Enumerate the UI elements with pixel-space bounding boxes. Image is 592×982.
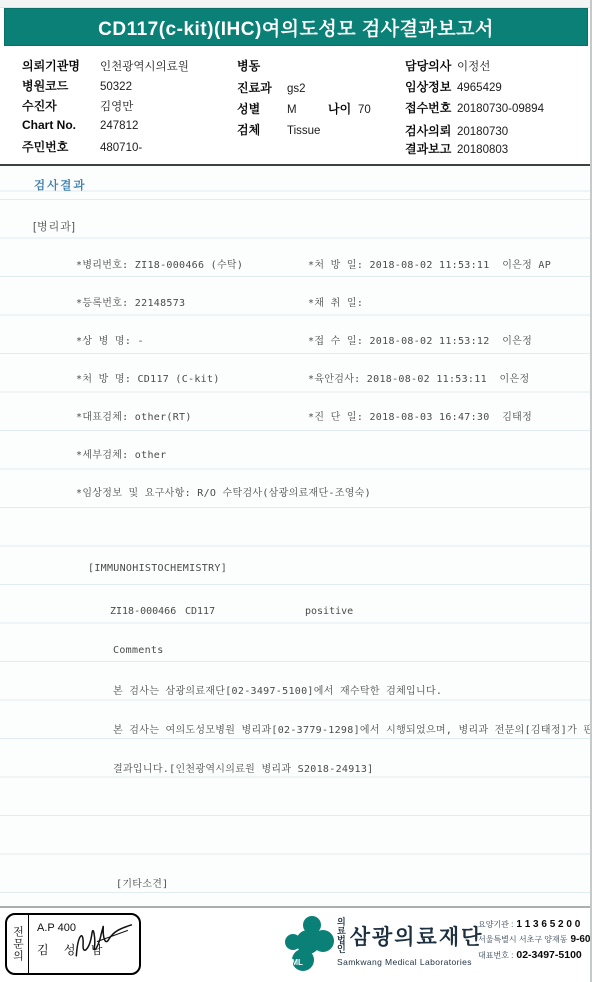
field-row: *임상정보 및 요구사항: R/O 수탁검사(삼광의료재단-조영숙)	[76, 484, 371, 499]
comment-line: 본 검사는 여의도성모병원 병리과[02-3779-1298]에서 시행되었으며…	[113, 721, 592, 736]
ihc-test-name: CD117	[185, 606, 215, 617]
info-row: 결과보고 20180803	[405, 140, 508, 157]
info-row: 주민번호 480710-	[22, 138, 142, 155]
pathologist-sign-box: 전문의 A.P 400 김 성 남	[5, 913, 141, 975]
comment-line: 본 검사는 삼광의료재단[02-3497-5100]에서 재수탁한 검체입니다.	[113, 682, 442, 697]
info-value: Tissue	[287, 125, 320, 137]
info-value: 70	[358, 104, 371, 116]
signature-scribble	[67, 916, 139, 969]
info-label: 병동	[237, 57, 287, 74]
info-row: Chart No. 247812	[22, 118, 138, 132]
info-value: gs2	[287, 83, 306, 95]
field-row: *세부검체: other	[76, 446, 166, 461]
sign-box-side-label: 전문의	[10, 926, 26, 962]
info-value: 20180730-09894	[457, 103, 544, 115]
info-label: 나이	[328, 100, 358, 117]
info-row: 검체 Tissue	[237, 121, 320, 138]
phone-label: 대표번호 :	[478, 950, 513, 961]
info-label: 주민번호	[22, 138, 100, 155]
info-value: 480710-	[100, 142, 142, 154]
info-row: 병원코드 50322	[22, 77, 132, 94]
info-value: 247812	[100, 120, 138, 132]
comment-line: 결과입니다.[인천광역시의료원 병리과 S2018-24913]	[113, 760, 374, 775]
sml-logo-icon: SML	[283, 915, 335, 975]
comments-title: Comments	[113, 645, 164, 656]
info-label: 임상정보	[405, 78, 457, 95]
info-value: 김영만	[100, 98, 133, 114]
lab-name-english: Samkwang Medical Laboratories	[337, 957, 482, 967]
field-row: *육안검사: 2018-08-02 11:53:11 이은정	[308, 370, 529, 385]
info-row: 담당의사 이정선	[405, 57, 490, 74]
info-row: 성별 M 나이 70	[237, 100, 371, 117]
info-row: 병동	[237, 57, 287, 74]
info-label: 결과보고	[405, 140, 457, 157]
field-row: *대표검체: other(RT)	[76, 408, 192, 423]
ihc-section-header: [IMMUNOHISTOCHEMISTRY]	[88, 563, 227, 574]
sign-box-side: 전문의	[7, 915, 29, 973]
field-row: *병리번호: ZI18-000466 (수탁)	[76, 256, 243, 271]
footer-divider	[0, 906, 592, 908]
section-title: 검사결과	[34, 177, 86, 193]
info-value: 이정선	[457, 58, 490, 74]
address-label: 서울특별시 서초구 양재동	[478, 934, 567, 945]
info-label: 수진자	[22, 97, 100, 114]
info-label: Chart No.	[22, 118, 100, 132]
org-type-line1: 의료	[337, 918, 346, 936]
info-label: 병원코드	[22, 77, 100, 94]
info-value: 인천광역시의료원	[100, 58, 189, 74]
info-label: 검사의뢰	[405, 122, 457, 139]
sign-box-main: A.P 400 김 성 남	[29, 915, 139, 973]
sml-logo-text: SML	[286, 958, 303, 967]
info-label: 진료과	[237, 79, 287, 96]
info-row: 수진자 김영만	[22, 97, 133, 114]
org-type-label: 의료 법인	[337, 918, 346, 954]
info-value: 20180730	[457, 126, 508, 138]
info-row: 의뢰기관명 인천광역시의료원	[22, 57, 189, 74]
info-label: 접수번호	[405, 99, 457, 116]
lab-contact-info: 요양기관 : 1 1 3 6 5 2 0 0 서울특별시 서초구 양재동 9-6…	[478, 919, 590, 961]
lab-name: 삼광의료재단	[350, 921, 484, 951]
results-area: 검사결과 [병리과] *병리번호: ZI18-000466 (수탁) *등록번호…	[0, 166, 592, 906]
info-value: 50322	[100, 81, 132, 93]
phone-row: 대표번호 : 02-3497-5100	[478, 949, 590, 961]
info-row: 임상정보 4965429	[405, 78, 502, 95]
care-org-label: 요양기관 :	[478, 919, 513, 930]
report-title-bar: CD117(c-kit)(IHC)여의도성모 검사결과보고서	[4, 8, 588, 46]
address-number: 9-60	[570, 934, 590, 945]
page-top-edge	[0, 0, 592, 8]
ihc-specimen-no: ZI18-000466	[110, 606, 176, 617]
field-row: *진 단 일: 2018-08-03 16:47:30 김태정	[308, 408, 532, 423]
info-value: M	[287, 104, 328, 116]
org-type-line2: 법인	[337, 936, 346, 954]
phone-number: 02-3497-5100	[516, 949, 581, 961]
lab-logo-text-block: 의료 법인 삼광의료재단 Samkwang Medical Laboratori…	[337, 918, 482, 967]
department-header: [병리과]	[33, 218, 76, 234]
info-row: 진료과 gs2	[237, 79, 306, 96]
field-row: *처 방 명: CD117 (C-kit)	[76, 370, 220, 385]
info-label: 의뢰기관명	[22, 57, 100, 74]
info-label: 검체	[237, 121, 287, 138]
info-label: 담당의사	[405, 57, 457, 74]
field-row: *채 취 일:	[308, 294, 363, 309]
report-page: CD117(c-kit)(IHC)여의도성모 검사결과보고서 의뢰기관명 인천광…	[0, 0, 592, 982]
info-row: 접수번호 20180730-09894	[405, 99, 544, 116]
field-row: *등록번호: 22148573	[76, 294, 185, 309]
care-org-number: 1 1 3 6 5 2 0 0	[516, 919, 580, 930]
ihc-result: positive	[305, 606, 353, 617]
field-row: *접 수 일: 2018-08-02 11:53:12 이은정	[308, 332, 532, 347]
care-org-number-row: 요양기관 : 1 1 3 6 5 2 0 0	[478, 919, 590, 930]
info-row: 검사의뢰 20180730	[405, 122, 508, 139]
other-findings-header: [기타소견]	[116, 875, 168, 890]
report-title: CD117(c-kit)(IHC)여의도성모 검사결과보고서	[98, 14, 494, 41]
address-row: 서울특별시 서초구 양재동 9-60	[478, 934, 590, 945]
field-row: *상 병 명: -	[76, 332, 144, 347]
field-row: *처 방 일: 2018-08-02 11:53:11 이은정 AP	[308, 256, 551, 271]
info-value: 20180803	[457, 144, 508, 156]
info-label: 성별	[237, 100, 287, 117]
info-value: 4965429	[457, 82, 502, 94]
